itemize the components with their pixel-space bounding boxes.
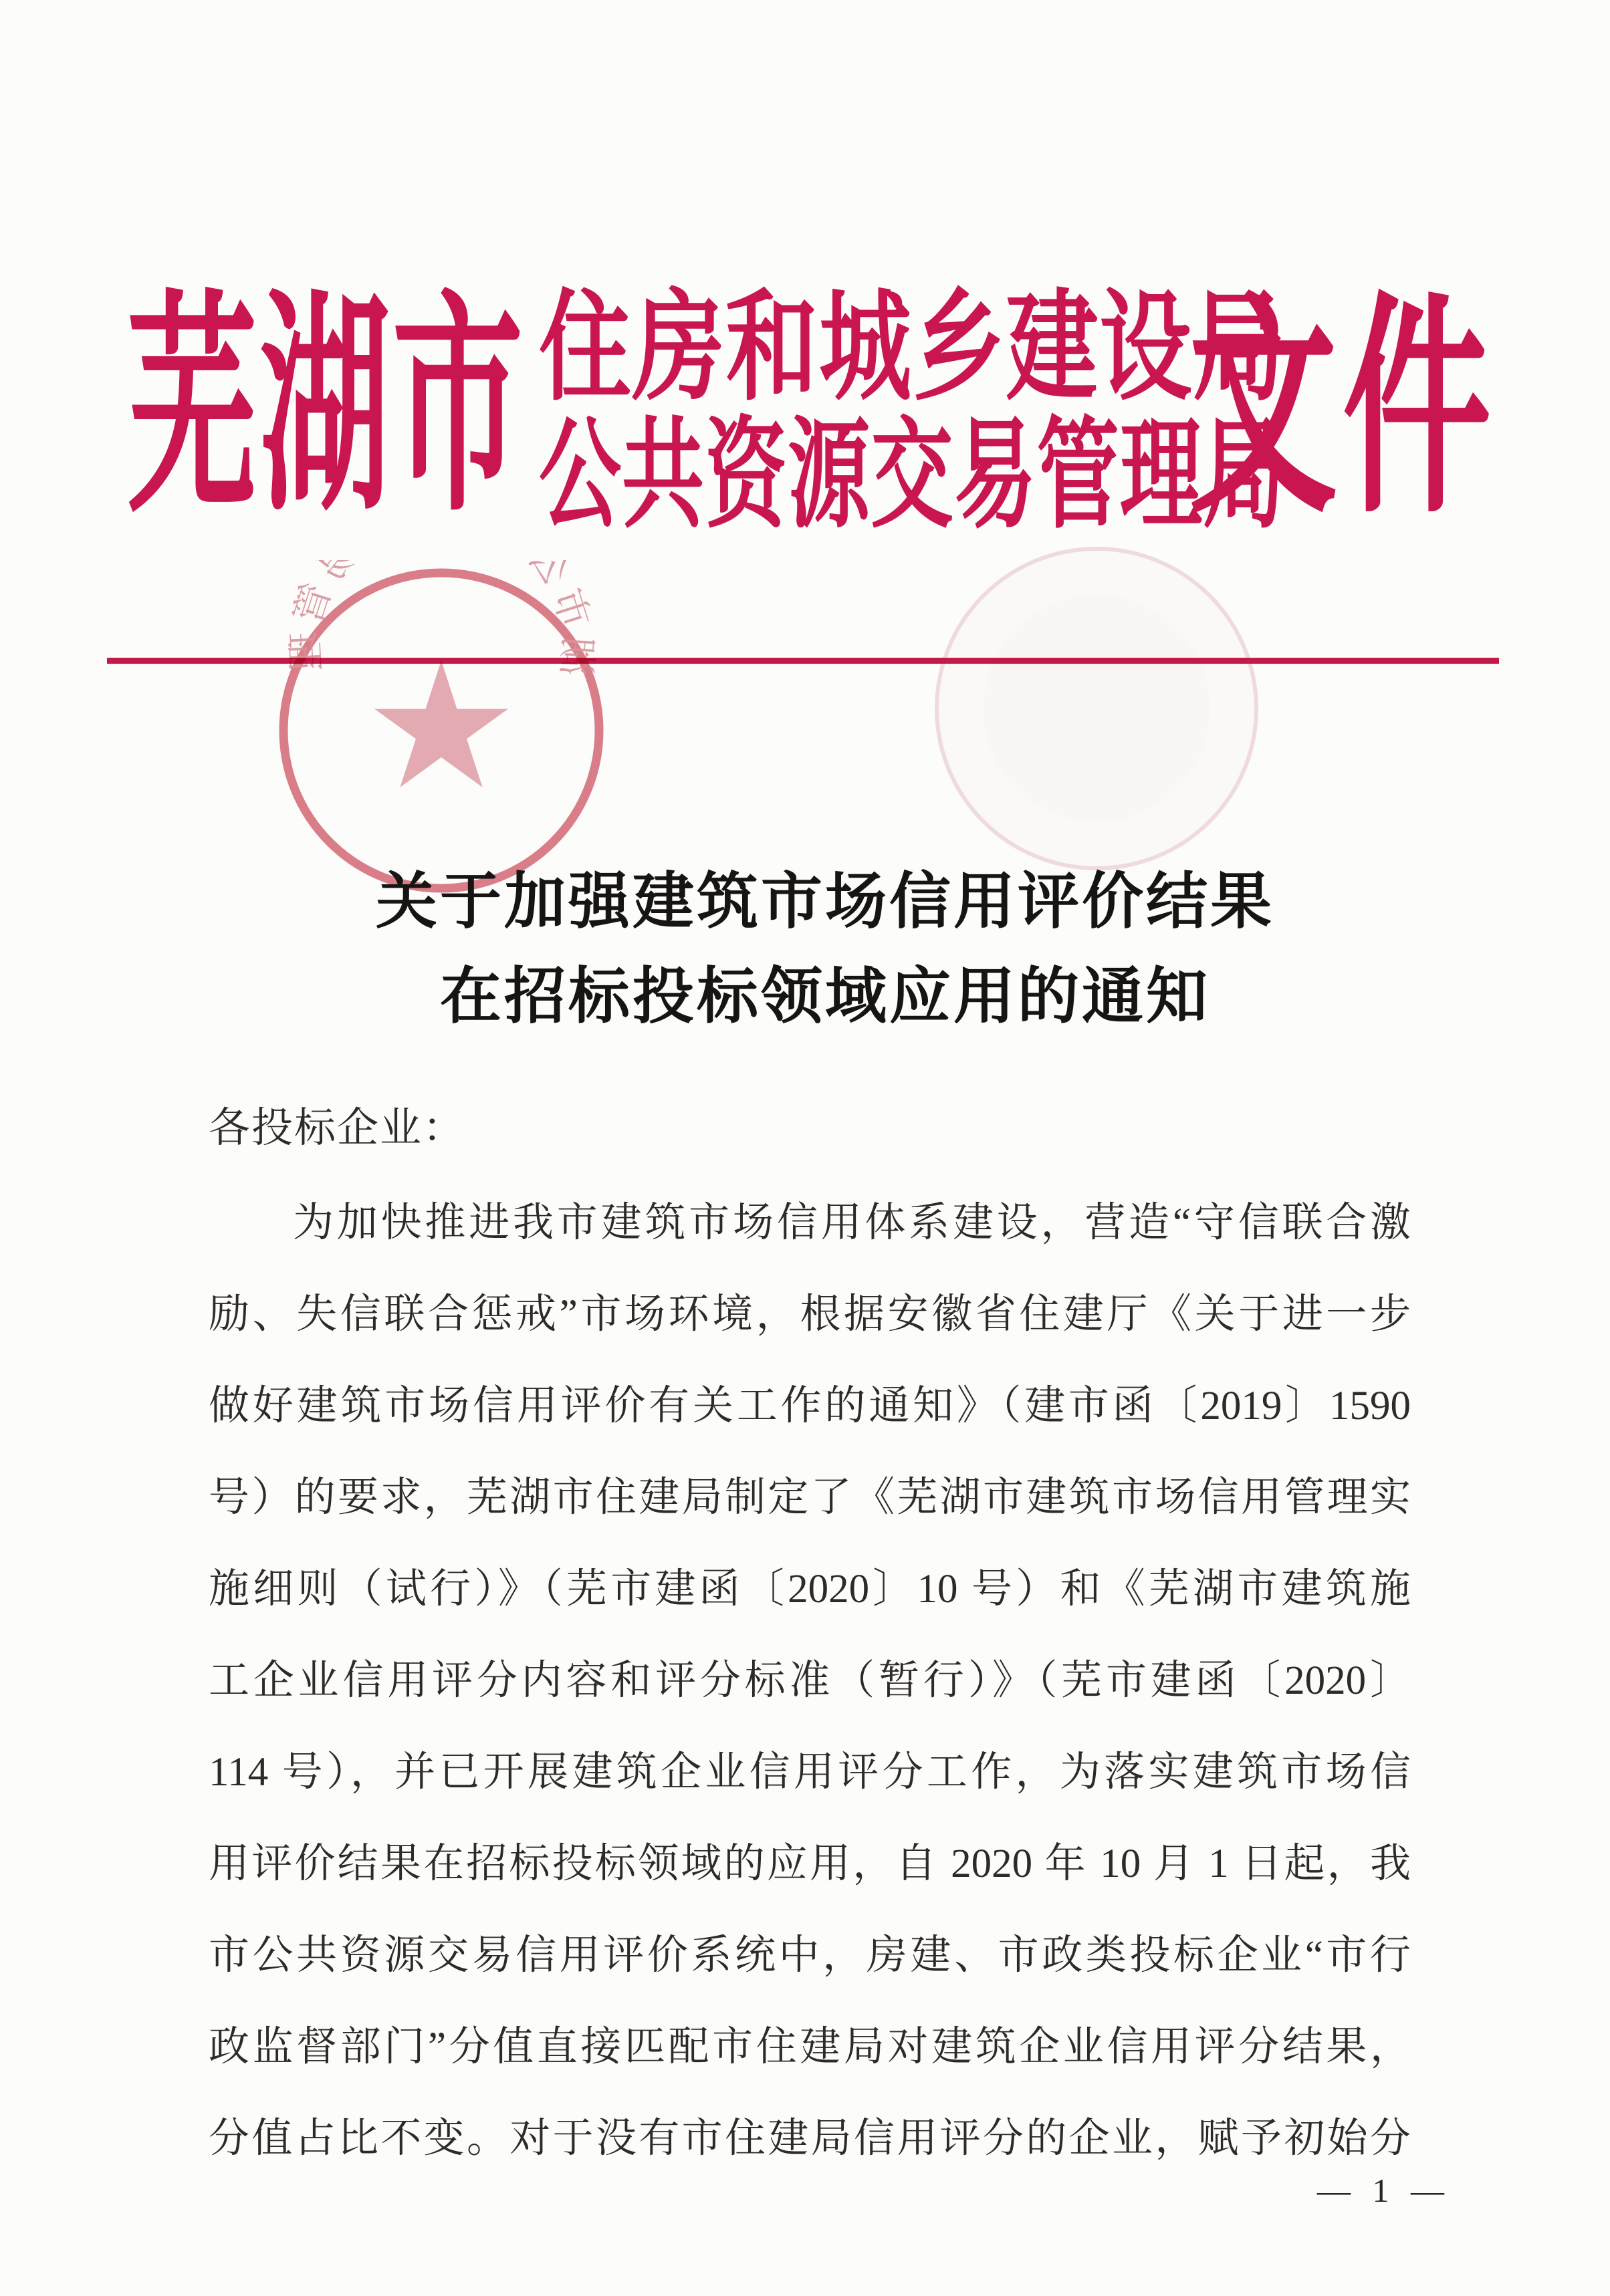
body-line: 政监督部门”分值直接匹配市住建局对建筑企业信用评分结果， bbox=[209, 2001, 1411, 2093]
body-line: 114 号），并已开展建筑企业信用评分工作，为落实建筑市场信 bbox=[209, 1727, 1411, 1818]
body-line: 分值占比不变。对于没有市住建局信用评分的企业，赋予初始分 bbox=[209, 2093, 1411, 2184]
body-line: 用评价结果在招标投标领域的应用，自 2020 年 10 月 1 日起，我 bbox=[209, 1818, 1411, 1910]
seal-star-icon bbox=[374, 660, 508, 787]
letterhead-city: 芜湖市 bbox=[127, 293, 523, 527]
letterhead-org-line2: 公共资源交易管理局 bbox=[539, 416, 1285, 536]
body-line: 励、失信联合惩戒”市场环境，根据安徽省住建厅《关于进一步 bbox=[209, 1269, 1411, 1360]
document-title-line1: 关于加强建筑市场信用评价结果 bbox=[20, 871, 1610, 932]
body-line: 号）的要求，芜湖市住建局制定了《芜湖市建筑市场信用管理实 bbox=[209, 1452, 1411, 1543]
salutation: 各投标企业： bbox=[209, 1102, 1411, 1155]
body-paragraph: 为加快推进我市建筑市场信用体系建设，营造“守信联合激 励、失信联合惩戒”市场环境… bbox=[209, 1177, 1411, 2184]
body-line: 做好建筑市场信用评价有关工作的通知》（建市函〔2019〕1590 bbox=[209, 1360, 1411, 1452]
body-line: 为加快推进我市建筑市场信用体系建设，营造“守信联合激 bbox=[209, 1177, 1411, 1269]
body-line: 施细则（试行）》（芜市建函〔2020〕10 号）和《芜湖市建筑施 bbox=[209, 1543, 1411, 1635]
faint-seal-icon bbox=[933, 545, 1260, 872]
letterhead-org-line1: 住房和城乡建设局 bbox=[539, 289, 1285, 408]
official-seal-icon: 芜湖市公共资源交易管理局 bbox=[271, 560, 612, 901]
document-page: 芜湖市 住房和城乡建设局 公共资源交易管理局 文件 芜湖市公共资源交易管理局 关… bbox=[0, 0, 1610, 2296]
body-line: 市公共资源交易信用评价系统中，房建、市政类投标企业“市行 bbox=[209, 1910, 1411, 2001]
body-line: 工企业信用评分内容和评分标准（暂行）》（芜市建函〔2020〕 bbox=[209, 1635, 1411, 1727]
document-title-line2: 在招标投标领域应用的通知 bbox=[20, 966, 1610, 1027]
letterhead-document-word: 文件 bbox=[1189, 294, 1491, 529]
